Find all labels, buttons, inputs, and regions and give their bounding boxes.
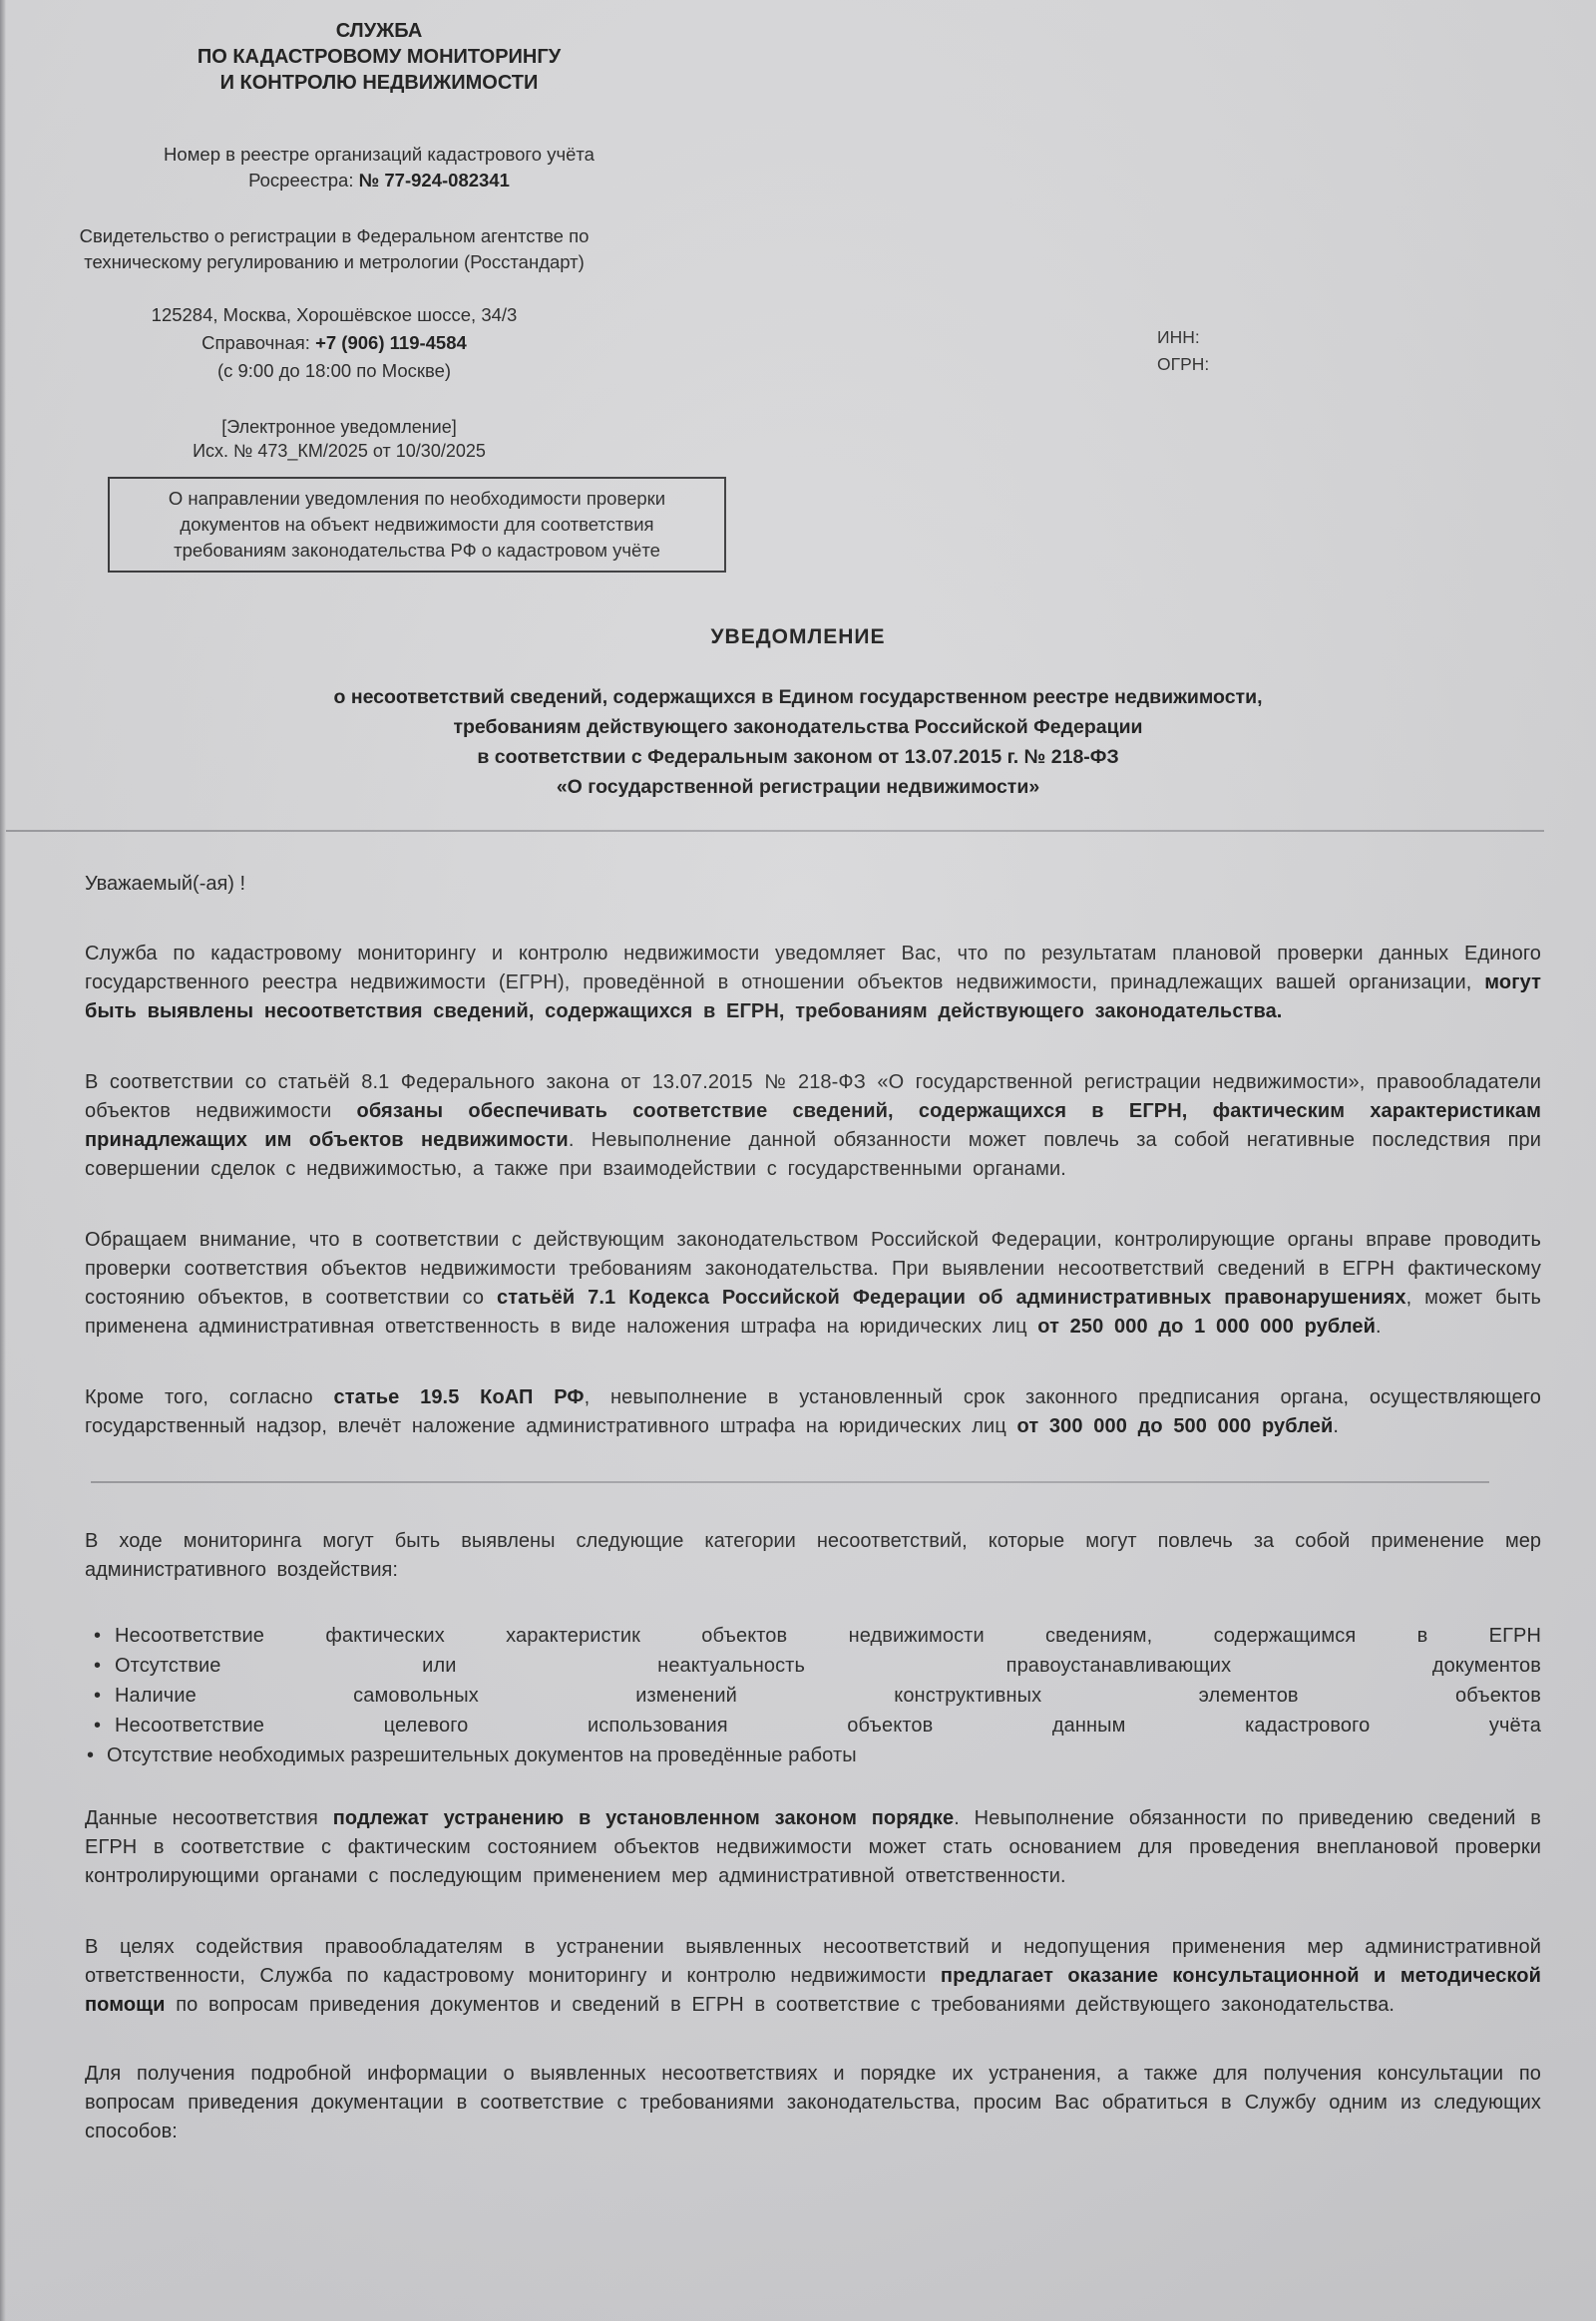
paragraph-law-218fz: В соответствии со статьёй 8.1 Федерально…	[85, 1068, 1541, 1184]
phone-line: Справочная: +7 (906) 119-4584	[25, 329, 643, 357]
ogrn-label: ОГРН:	[1157, 351, 1209, 378]
letter-body: Уважаемый(-ая) ! Служба по кадастровому …	[85, 870, 1541, 2146]
phone-label: Справочная:	[201, 332, 315, 353]
category-item: Несоответствие целевого использования об…	[85, 1711, 1541, 1741]
paragraph-koap-19-5: Кроме того, согласно статье 19.5 КоАП РФ…	[85, 1383, 1541, 1441]
subtitle-line: «О государственной регистрации недвижимо…	[0, 772, 1596, 802]
document-subtitle: о несоответствий сведений, содержащихся …	[0, 682, 1596, 802]
outgoing-ref: Исх. № 473_КМ/2025 от 10/30/2025	[30, 439, 648, 463]
requisites-block: ИНН: ОГРН:	[1157, 324, 1209, 378]
notice-type: [Электронное уведомление]	[30, 415, 648, 439]
certificate-line: техническому регулированию и метрологии …	[25, 249, 643, 275]
registry-number-line: Росреестра: № 77-924-082341	[40, 168, 718, 193]
registry-number: № 77-924-082341	[359, 170, 510, 191]
paragraph-notification: Служба по кадастровому мониторингу и кон…	[85, 940, 1541, 1026]
text-segment: Кроме того, согласно	[85, 1386, 334, 1408]
subject-line: требованиям законодательства РФ о кадаст…	[120, 538, 714, 564]
certificate-line: Свидетельство о регистрации в Федерально…	[25, 223, 643, 249]
org-name-line: И КОНТРОЛЮ НЕДВИЖИМОСТИ	[40, 70, 718, 96]
text-segment-bold: от 300 000 до 500 000 рублей	[1017, 1415, 1334, 1437]
category-item: Отсутствие или неактуальность правоустан…	[85, 1651, 1541, 1681]
document-title: УВЕДОМЛЕНИЕ	[0, 624, 1596, 650]
text-segment: .	[1376, 1316, 1382, 1338]
letter-content: СЛУЖБА ПО КАДАСТРОВОМУ МОНИТОРИНГУ И КОН…	[0, 0, 1596, 2146]
subtitle-line: о несоответствий сведений, содержащихся …	[0, 682, 1596, 712]
paragraph-remediation: Данные несоответствия подлежат устранени…	[85, 1804, 1541, 1891]
subtitle-line: требованиям действующего законодательств…	[0, 712, 1596, 742]
subject-line: документов на объект недвижимости для со…	[120, 512, 714, 538]
subtitle-line: в соответствии с Федеральным законом от …	[0, 742, 1596, 772]
phone-number: +7 (906) 119-4584	[315, 332, 467, 353]
categories-intro: В ходе мониторинга могут быть выявлены с…	[85, 1527, 1541, 1585]
registry-label: Росреестра:	[248, 170, 359, 191]
category-item: Несоответствие фактических характеристик…	[85, 1621, 1541, 1651]
text-segment-bold: статьёй 7.1 Кодекса Российской Федерации…	[497, 1287, 1406, 1309]
subject-line: О направлении уведомления по необходимос…	[120, 486, 714, 512]
category-item: Отсутствие необходимых разрешительных до…	[85, 1741, 1541, 1770]
reference-block: [Электронное уведомление] Исх. № 473_КМ/…	[30, 415, 648, 463]
text-segment-bold: от 250 000 до 1 000 000 рублей	[1037, 1316, 1376, 1338]
text-segment-bold: подлежат устранению в установленном зако…	[333, 1807, 954, 1829]
category-item: Наличие самовольных изменений конструкти…	[85, 1681, 1541, 1711]
text-segment: Данные несоответствия	[85, 1807, 333, 1829]
paragraph-admin-liability: Обращаем внимание, что в соответствии с …	[85, 1226, 1541, 1342]
registry-caption: Номер в реестре организаций кадастрового…	[40, 142, 718, 168]
org-name: СЛУЖБА ПО КАДАСТРОВОМУ МОНИТОРИНГУ И КОН…	[40, 0, 718, 96]
org-address: 125284, Москва, Хорошёвское шоссе, 34/3	[25, 301, 643, 329]
text-segment: .	[1333, 1415, 1339, 1437]
certificate-info: Свидетельство о регистрации в Федерально…	[25, 223, 643, 275]
office-hours: (с 9:00 до 18:00 по Москве)	[25, 357, 643, 385]
org-name-line: ПО КАДАСТРОВОМУ МОНИТОРИНГУ	[40, 44, 718, 70]
contact-block: 125284, Москва, Хорошёвское шоссе, 34/3 …	[25, 301, 643, 385]
org-name-line: СЛУЖБА	[40, 18, 718, 44]
inn-label: ИНН:	[1157, 324, 1209, 351]
paragraph-assistance-offer: В целях содействия правообладателям в ус…	[85, 1933, 1541, 2020]
paragraph-contact-instructions: Для получения подробной информации о выя…	[85, 2060, 1541, 2146]
text-segment: по вопросам приведения документов и свед…	[166, 1994, 1396, 2016]
text-segment-bold: статье 19.5 КоАП РФ	[334, 1386, 585, 1408]
document-photo: СЛУЖБА ПО КАДАСТРОВОМУ МОНИТОРИНГУ И КОН…	[0, 0, 1596, 2321]
categories-list: Несоответствие фактических характеристик…	[85, 1621, 1541, 1770]
registry-info: Номер в реестре организаций кадастрового…	[40, 142, 718, 193]
subject-box: О направлении уведомления по необходимос…	[108, 477, 726, 573]
text-segment: Для получения подробной информации о выя…	[85, 2063, 1541, 2142]
paper-fold-line	[91, 1481, 1489, 1483]
salutation: Уважаемый(-ая) !	[85, 870, 1541, 898]
paper-fold-line	[6, 830, 1544, 832]
text-segment: Служба по кадастровому мониторингу и кон…	[85, 943, 1541, 993]
